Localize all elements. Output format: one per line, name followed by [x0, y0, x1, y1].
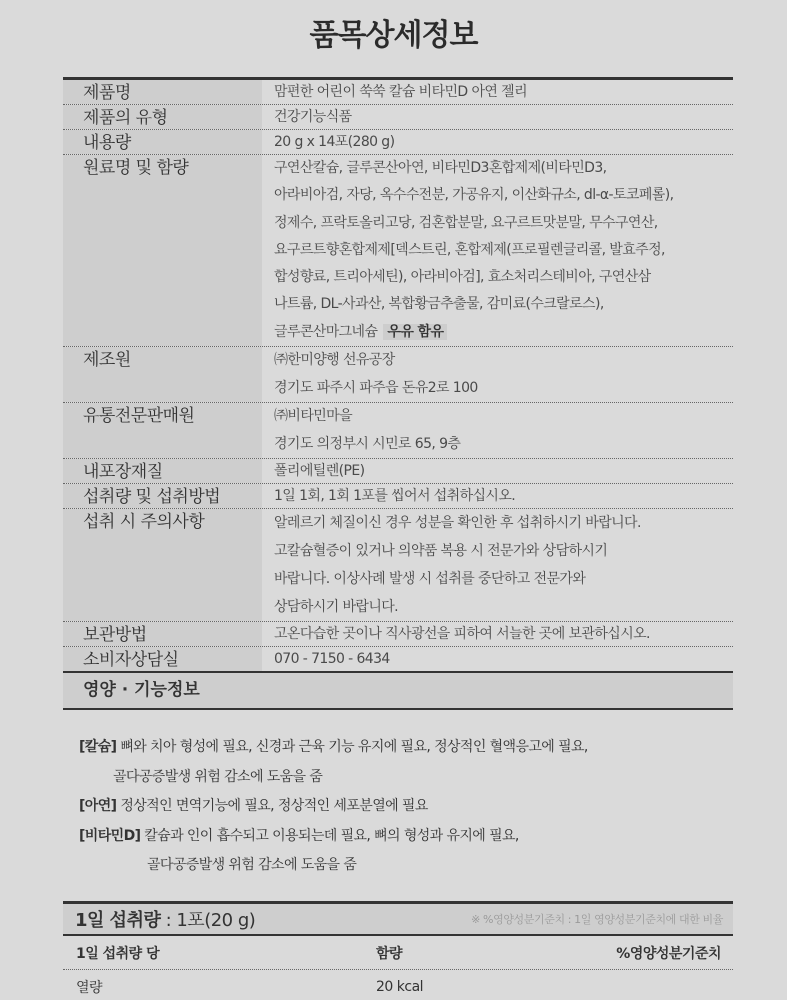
info-value: 요구르트향혼합제제[덱스트린, 혼합제제(프로필렌글리콜, 발효주정, — [274, 237, 733, 264]
info-row-consumer-center: 소비자상담실 070 - 7150 - 6434 — [63, 647, 733, 673]
info-label: 섭취량 및 섭취방법 — [63, 484, 262, 508]
info-row-storage: 보관방법 고온다습한 곳이나 직사광선을 피하여 서늘한 곳에 보관하십시오. — [63, 622, 733, 647]
info-value: 건강기능식품 — [274, 106, 733, 128]
info-row-product-name: 제품명 맘편한 어린이 쑥쑥 칼슘 비타민D 아연 젤리 — [63, 80, 733, 105]
info-value: 고칼슘혈증이 있거나 의약품 복용 시 전문가와 상담하시기 — [274, 537, 733, 565]
function-item-calcium: [칼슘] 뼈와 치아 형성에 필요, 신경과 근육 기능 유지에 필요, 정상적… — [79, 733, 739, 763]
info-value: 고온다습한 곳이나 직사광선을 피하여 서늘한 곳에 보관하십시오. — [274, 623, 733, 645]
function-text-continued: 골다공증발생 위험 감소에 도움을 줌 — [79, 763, 739, 793]
page-title: 품목상세정보 — [0, 10, 787, 54]
info-row-ingredients: 원료명 및 함량 구연산칼슘, 글루콘산아연, 비타민D3혼합제제(비타민D3,… — [63, 155, 733, 347]
daily-value-note: ※ %영양성분기준치 : 1일 영양성분기준치에 대한 비율 — [471, 911, 723, 927]
info-value: 글루콘산마그네슘 — [274, 324, 377, 340]
function-text: 칼슘과 인이 흡수되고 이용되는데 필요, 뼈의 형성과 유지에 필요, — [144, 828, 519, 844]
column-header: 1일 섭취량 당 — [63, 943, 376, 963]
nutrition-facts-table: 1일 섭취량 : 1포(20 g) ※ %영양성분기준치 : 1일 영양성분기준… — [63, 901, 733, 1000]
function-tag: [비타민D] — [79, 828, 140, 844]
info-row-packaging: 내포장재질 폴리에틸렌(PE) — [63, 459, 733, 484]
info-label: 원료명 및 함량 — [63, 155, 262, 346]
function-item-zinc: [아연] 정상적인 면역기능에 필요, 정상적인 세포분열에 필요 — [79, 792, 739, 822]
info-value: 바랍니다. 이상사례 발생 시 섭취를 중단하고 전문가와 — [274, 565, 733, 593]
info-value: 맘편한 어린이 쑥쑥 칼슘 비타민D 아연 젤리 — [274, 81, 733, 103]
allergen-badge: 우유 함유 — [383, 324, 447, 340]
info-value: 나트륨, DL-사과산, 복합황금추출물, 감미료(수크랄로스), — [274, 291, 733, 318]
info-value: 경기도 의정부시 시민로 65, 9층 — [274, 431, 733, 459]
info-row-precautions: 섭취 시 주의사항 알레르기 체질이신 경우 성분을 확인한 후 섭취하시기 바… — [63, 509, 733, 622]
info-label: 내용량 — [63, 130, 262, 154]
nutrition-function-list: [칼슘] 뼈와 치아 형성에 필요, 신경과 근육 기능 유지에 필요, 정상적… — [79, 733, 739, 881]
nutrition-column-headers: 1일 섭취량 당 함량 %영양성분기준치 — [63, 936, 733, 970]
function-item-vitamin-d: [비타민D] 칼슘과 인이 흡수되고 이용되는데 필요, 뼈의 형성과 유지에 … — [79, 822, 739, 852]
function-text-continued: 골다공증발생 위험 감소에 도움을 줌 — [79, 851, 739, 881]
info-label: 내포장재질 — [63, 459, 262, 483]
info-label: 소비자상담실 — [63, 647, 262, 671]
info-row-product-type: 제품의 유형 건강기능식품 — [63, 105, 733, 130]
table-row: 열량 20 kcal — [63, 970, 733, 1000]
info-value: ㈜비타민마을 — [274, 403, 733, 431]
info-label: 섭취 시 주의사항 — [63, 509, 262, 621]
info-value: ㈜한미양행 선유공장 — [274, 347, 733, 375]
info-value: 폴리에틸렌(PE) — [274, 460, 733, 482]
info-value: 알레르기 체질이신 경우 성분을 확인한 후 섭취하시기 바랍니다. — [274, 509, 733, 537]
function-tag: [아연] — [79, 798, 116, 814]
function-text: 뼈와 치아 형성에 필요, 신경과 근육 기능 유지에 필요, 정상적인 혈액응… — [120, 739, 587, 755]
info-value: 정제수, 프락토올리고당, 검혼합분말, 요구르트맛분말, 무수구연산, — [274, 210, 733, 237]
product-info-table: 제품명 맘편한 어린이 쑥쑥 칼슘 비타민D 아연 젤리 제품의 유형 건강기능… — [63, 77, 733, 710]
function-text: 정상적인 면역기능에 필요, 정상적인 세포분열에 필요 — [120, 798, 427, 814]
info-value: 1일 1회, 1회 1포를 씹어서 섭취하십시오. — [274, 485, 733, 507]
info-label: 제품명 — [63, 80, 262, 104]
info-value: 합성향료, 트리아세틴), 아라비아검], 효소처리스테비아, 구연산삼 — [274, 264, 733, 291]
nutrient-name: 열량 — [63, 977, 376, 997]
info-label: 유통전문판매원 — [63, 403, 262, 458]
column-header: %영양성분기준치 — [526, 943, 733, 963]
info-value: 20 g x 14포(280 g) — [274, 131, 733, 153]
serving-label: 1일 섭취량 — [75, 910, 160, 931]
nutrient-amount: 20 kcal — [376, 979, 526, 995]
info-value: 070 - 7150 - 6434 — [274, 648, 733, 670]
column-header: 함량 — [376, 943, 526, 963]
info-row-content-amount: 내용량 20 g x 14포(280 g) — [63, 130, 733, 155]
info-row-distributor: 유통전문판매원 ㈜비타민마을 경기도 의정부시 시민로 65, 9층 — [63, 403, 733, 459]
info-row-intake-method: 섭취량 및 섭취방법 1일 1회, 1회 1포를 씹어서 섭취하십시오. — [63, 484, 733, 509]
info-label: 제조원 — [63, 347, 262, 402]
info-value: 구연산칼슘, 글루콘산아연, 비타민D3혼합제제(비타민D3, — [274, 155, 733, 182]
serving-value: : 1포(20 g) — [160, 910, 255, 931]
nutrition-function-header: 영양 · 기능정보 — [63, 673, 733, 710]
info-label: 보관방법 — [63, 622, 262, 646]
function-tag: [칼슘] — [79, 739, 116, 755]
info-row-manufacturer: 제조원 ㈜한미양행 선유공장 경기도 파주시 파주읍 돈유2로 100 — [63, 347, 733, 403]
info-value: 경기도 파주시 파주읍 돈유2로 100 — [274, 375, 733, 403]
info-value: 아라비아검, 자당, 옥수수전분, 가공유지, 이산화규소, dl-α-토코페롤… — [274, 182, 733, 209]
nutrition-serving-header: 1일 섭취량 : 1포(20 g) ※ %영양성분기준치 : 1일 영양성분기준… — [63, 904, 733, 936]
info-label: 제품의 유형 — [63, 105, 262, 129]
info-value: 상담하시기 바랍니다. — [274, 593, 733, 621]
